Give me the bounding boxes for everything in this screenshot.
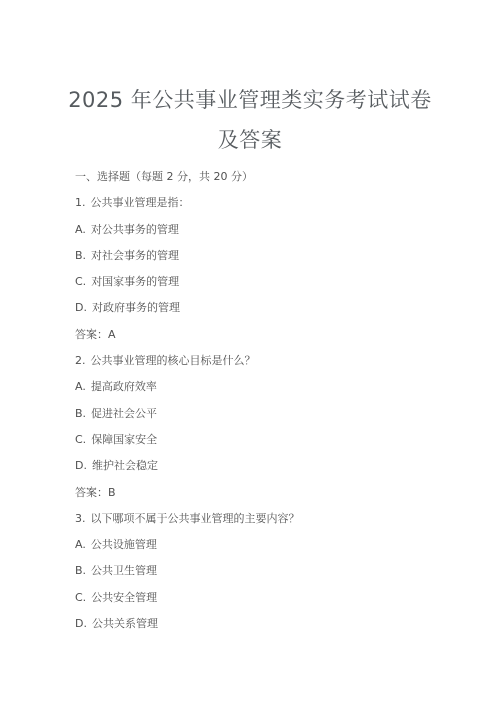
option-text: 维护社会稳定 <box>92 459 158 472</box>
question-number: 3. <box>75 510 86 528</box>
question-text: 以下哪项不属于公共事业管理的主要内容？ <box>91 512 300 525</box>
option-text: 对政府事务的管理 <box>92 301 180 314</box>
option-letter: A. <box>75 536 86 554</box>
option-text: 提高政府效率 <box>91 380 157 393</box>
option-letter: D. <box>75 299 87 317</box>
option-letter: B. <box>75 562 86 580</box>
question-2: 2.公共事业管理的核心目标是什么？ <box>75 352 435 378</box>
option-text: 保障国家安全 <box>91 433 157 446</box>
question-2-option-c: C.保障国家安全 <box>75 431 435 457</box>
option-text: 公共卫生管理 <box>91 564 157 577</box>
option-letter: D. <box>75 615 87 633</box>
document-body: 一、选择题（每题 2 分，共 20 分） 1.公共事业管理是指： A.对公共事务… <box>75 168 435 641</box>
option-letter: C. <box>75 431 86 449</box>
option-text: 对公共事务的管理 <box>91 223 179 236</box>
option-letter: C. <box>75 589 86 607</box>
question-2-option-a: A.提高政府效率 <box>75 378 435 404</box>
document-title-line-2: 及答案 <box>0 124 500 154</box>
option-text: 公共设施管理 <box>91 538 157 551</box>
document-title-line-1: 2025 年公共事业管理类实务考试试卷 <box>0 84 500 114</box>
option-text: 对国家事务的管理 <box>91 275 179 288</box>
question-text: 公共事业管理是指： <box>91 196 190 209</box>
question-1-option-b: B.对社会事务的管理 <box>75 247 435 273</box>
question-2-option-b: B.促进社会公平 <box>75 405 435 431</box>
option-letter: A. <box>75 378 86 396</box>
question-text: 公共事业管理的核心目标是什么？ <box>91 354 256 367</box>
option-text: 促进社会公平 <box>91 407 157 420</box>
question-1: 1.公共事业管理是指： <box>75 194 435 220</box>
question-2-answer: 答案：B <box>75 484 435 510</box>
question-3-option-a: A.公共设施管理 <box>75 536 435 562</box>
option-letter: D. <box>75 457 87 475</box>
question-1-option-c: C.对国家事务的管理 <box>75 273 435 299</box>
question-number: 2. <box>75 352 86 370</box>
question-1-answer: 答案：A <box>75 326 435 352</box>
question-3: 3.以下哪项不属于公共事业管理的主要内容？ <box>75 510 435 536</box>
question-3-option-b: B.公共卫生管理 <box>75 562 435 588</box>
question-1-option-a: A.对公共事务的管理 <box>75 221 435 247</box>
question-1-option-d: D.对政府事务的管理 <box>75 299 435 325</box>
option-text: 对社会事务的管理 <box>91 249 179 262</box>
option-letter: B. <box>75 247 86 265</box>
question-3-option-d: D.公共关系管理 <box>75 615 435 641</box>
question-number: 1. <box>75 194 86 212</box>
option-letter: C. <box>75 273 86 291</box>
option-letter: B. <box>75 405 86 423</box>
option-text: 公共关系管理 <box>92 617 158 630</box>
question-3-option-c: C.公共安全管理 <box>75 589 435 615</box>
option-letter: A. <box>75 221 86 239</box>
document-page: 2025 年公共事业管理类实务考试试卷 及答案 一、选择题（每题 2 分，共 2… <box>0 0 500 707</box>
option-text: 公共安全管理 <box>91 591 157 604</box>
question-2-option-d: D.维护社会稳定 <box>75 457 435 483</box>
section-heading: 一、选择题（每题 2 分，共 20 分） <box>75 168 435 194</box>
